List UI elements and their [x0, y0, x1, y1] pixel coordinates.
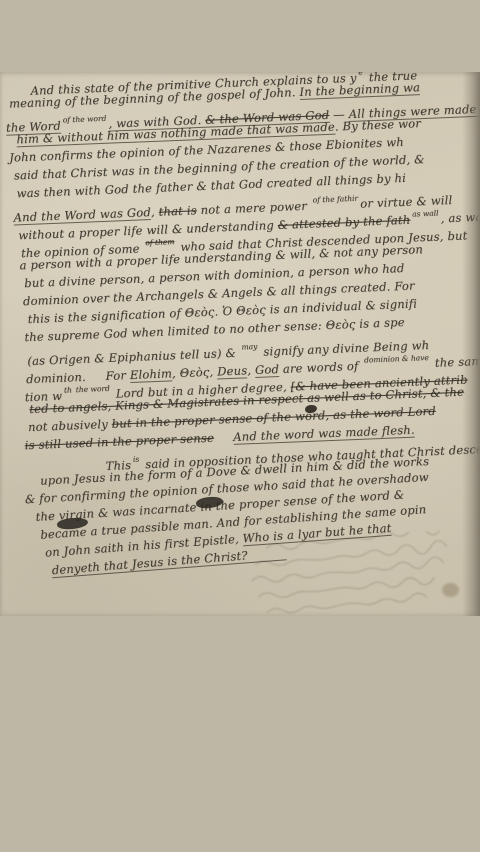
text-segment: is [133, 455, 140, 464]
text-segment: the word [76, 384, 110, 394]
letterbox-bottom [0, 616, 480, 852]
text-segment: e [358, 72, 363, 77]
manuscript-text: And this state of the primitive Church e… [0, 72, 480, 582]
text-segment [214, 430, 234, 445]
text-segment: of the word [62, 114, 106, 125]
text-segment: of them [145, 237, 174, 247]
manuscript-photo: And this state of the primitive Church e… [0, 72, 480, 616]
text-segment: may [241, 342, 257, 352]
text-segment [247, 545, 287, 563]
text-segment: . By these wor [335, 116, 422, 133]
page-edge-shadow [462, 72, 480, 616]
ink-stain [442, 583, 459, 597]
screen: And this state of the primitive Church e… [0, 0, 480, 852]
text-segment: of the fathir [312, 194, 358, 205]
text-segment: as wall [412, 209, 439, 219]
letterbox-top [0, 0, 480, 72]
text-segment: th [64, 385, 72, 394]
text-segment: not abusively [28, 417, 112, 434]
text-segment: dominion & have [364, 353, 429, 365]
